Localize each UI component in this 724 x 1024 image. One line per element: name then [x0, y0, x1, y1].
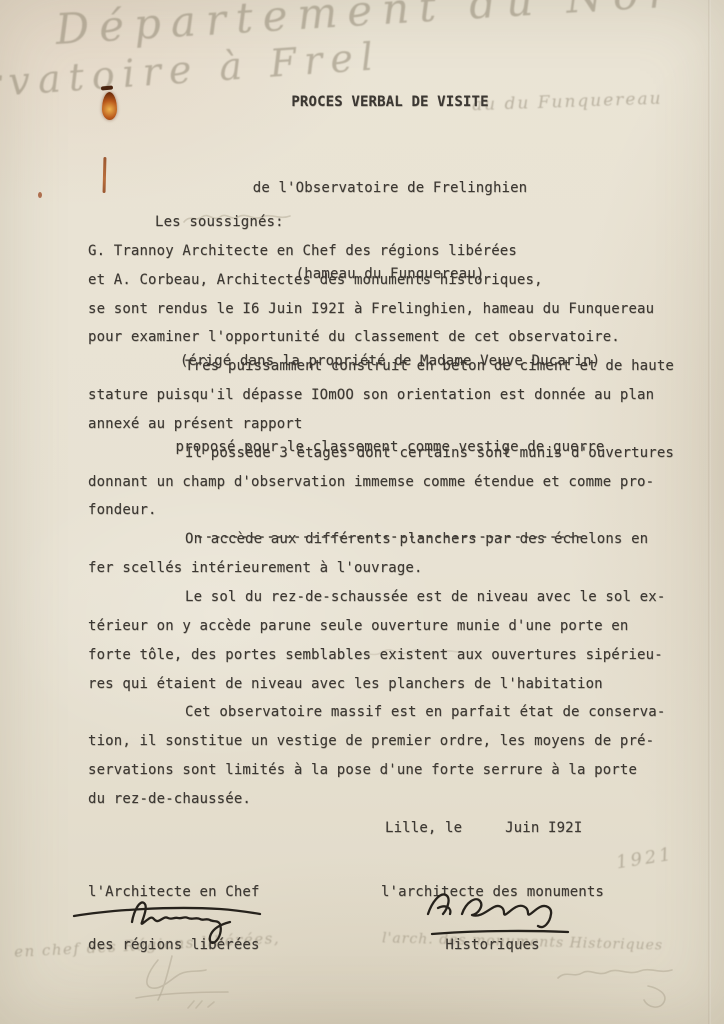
body-line: servations sont limités à la pose d'une …: [88, 756, 678, 785]
body-line: pour examiner l'opportunité du classemen…: [88, 323, 678, 352]
body-line: On accède aux différents planchers par d…: [88, 525, 678, 554]
body-line: G. Trannoy Architecte en Chef des région…: [88, 237, 678, 266]
body-line: res qui étaient de niveau avec les planc…: [88, 670, 678, 699]
body-line: et A. Corbeau, Architectes des monuments…: [88, 266, 678, 295]
scanned-document-page: Département du Nor rvatoire à Frel au du…: [0, 0, 724, 1024]
body-line: forte tôle, des portes semblables existe…: [88, 641, 678, 670]
body-line: Les soussignés:: [88, 208, 678, 237]
dateline: Lille, le Juin I92I: [385, 820, 582, 836]
header-subtitle-1: de l'Observatoire de Frelinghien: [56, 174, 724, 203]
ink-signature-corbeau: [418, 880, 578, 942]
body-line: Il possède 3 étages dont certains sont m…: [88, 439, 678, 468]
body-line: Très puissamment construit en béton de c…: [88, 352, 678, 381]
body-line: tion, il sonstitue un vestige de premier…: [88, 727, 678, 756]
body-line: fer scellés intérieurement à l'ouvrage.: [88, 554, 678, 583]
pencil-annotation-year: 1921: [615, 844, 675, 874]
body-line: Cet observatoire massif est en parfait é…: [88, 698, 678, 727]
body-line: stature puisqu'il dépasse IOmOO son orie…: [88, 381, 678, 410]
body-line: fondeur.: [88, 496, 678, 525]
body-line: annexé au présent rapport: [88, 410, 678, 439]
document-title: PROCES VERBAL DE VISITE: [56, 88, 724, 117]
body-line: donnant un champ d'observation immemse c…: [88, 468, 678, 497]
document-body: Les soussignés: G. Trannoy Architecte en…: [88, 208, 678, 814]
body-line: se sont rendus le I6 Juin I92I à Freling…: [88, 295, 678, 324]
body-line: térieur on y accède parune seule ouvertu…: [88, 612, 678, 641]
pencil-mark-small: [184, 998, 224, 1012]
ink-signature-trannoy: [70, 886, 265, 946]
page-crease: [708, 0, 711, 1024]
body-line: du rez-de-chaussée.: [88, 785, 678, 814]
body-line: Le sol du rez-de-schaussée est de niveau…: [88, 583, 678, 612]
